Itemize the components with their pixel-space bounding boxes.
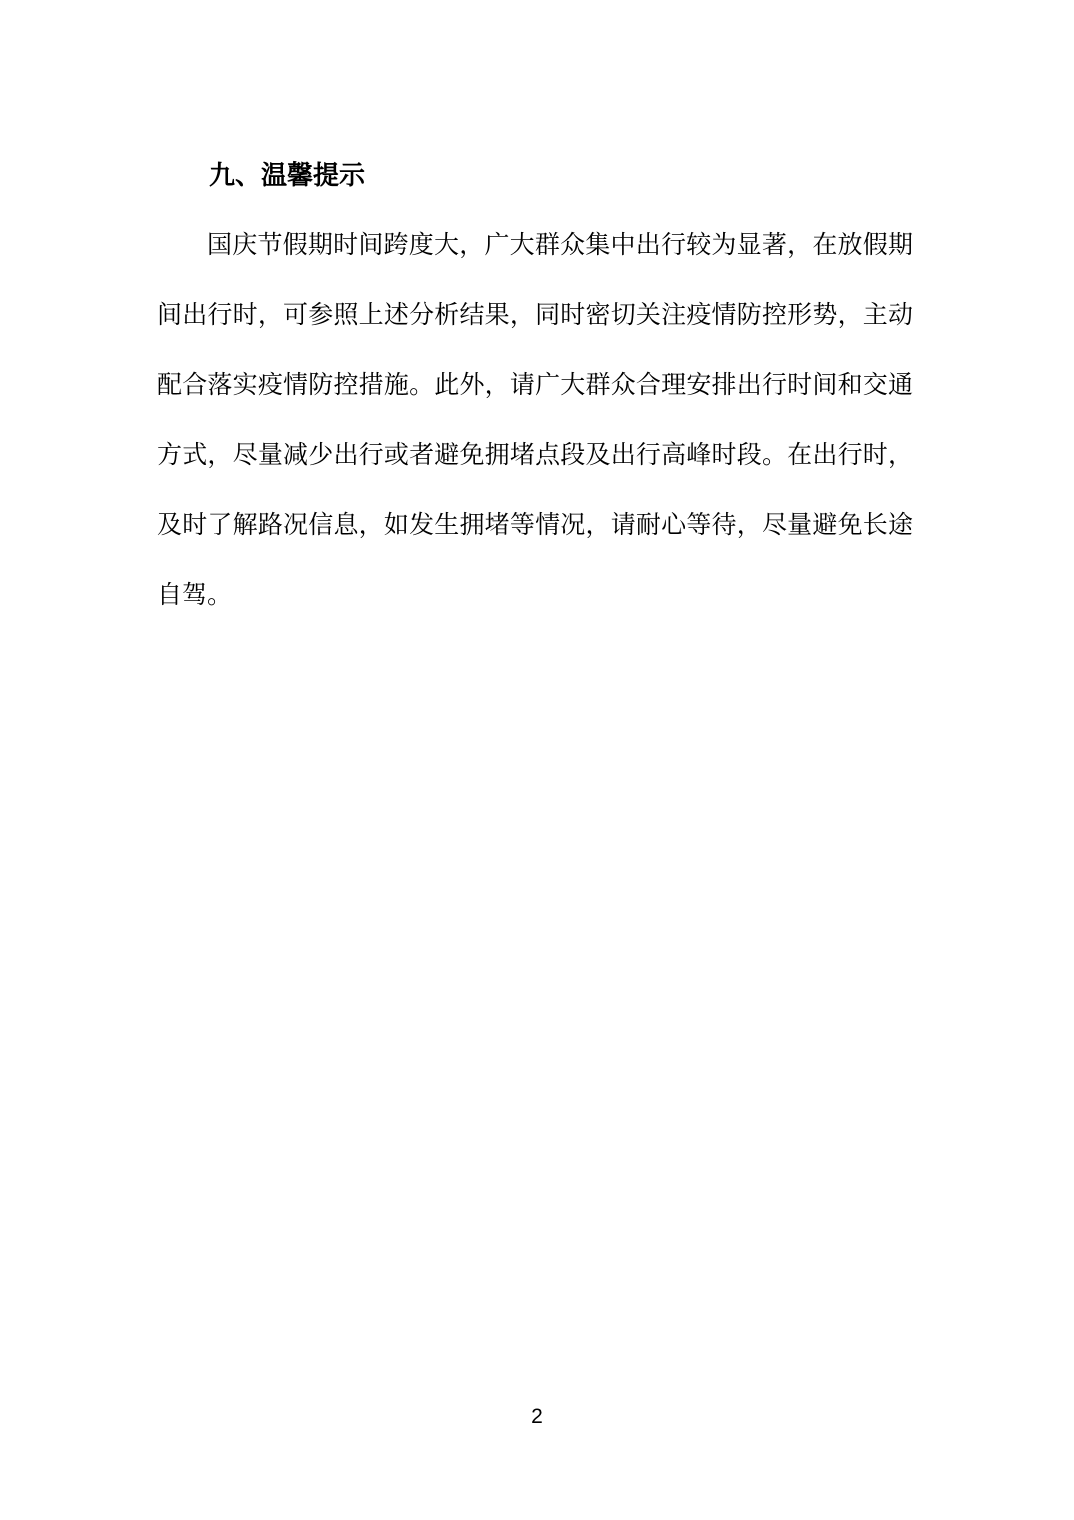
paragraph-line-3: 配合落实疫情防控措施。此外，请广大群众合理安排出行时间和交通 [157,350,913,420]
paragraph-line-5: 及时了解路况信息，如发生拥堵等情况，请耐心等待，尽量避免长途 [157,490,913,560]
paragraph-line-6: 自驾。 [157,560,913,630]
document-body: 九、温馨提示 国庆节假期时间跨度大，广大群众集中出行较为显著，在放假期 间出行时… [157,140,913,630]
paragraph-line-1: 国庆节假期时间跨度大，广大群众集中出行较为显著，在放假期 [157,210,913,280]
document-page: 九、温馨提示 国庆节假期时间跨度大，广大群众集中出行较为显著，在放假期 间出行时… [0,0,1074,1520]
section-heading: 九、温馨提示 [157,140,913,210]
paragraph-line-4: 方式，尽量减少出行或者避免拥堵点段及出行高峰时段。在出行时， [157,420,913,490]
page-number: 2 [0,1403,1074,1431]
paragraph-line-2: 间出行时，可参照上述分析结果，同时密切关注疫情防控形势，主动 [157,280,913,350]
